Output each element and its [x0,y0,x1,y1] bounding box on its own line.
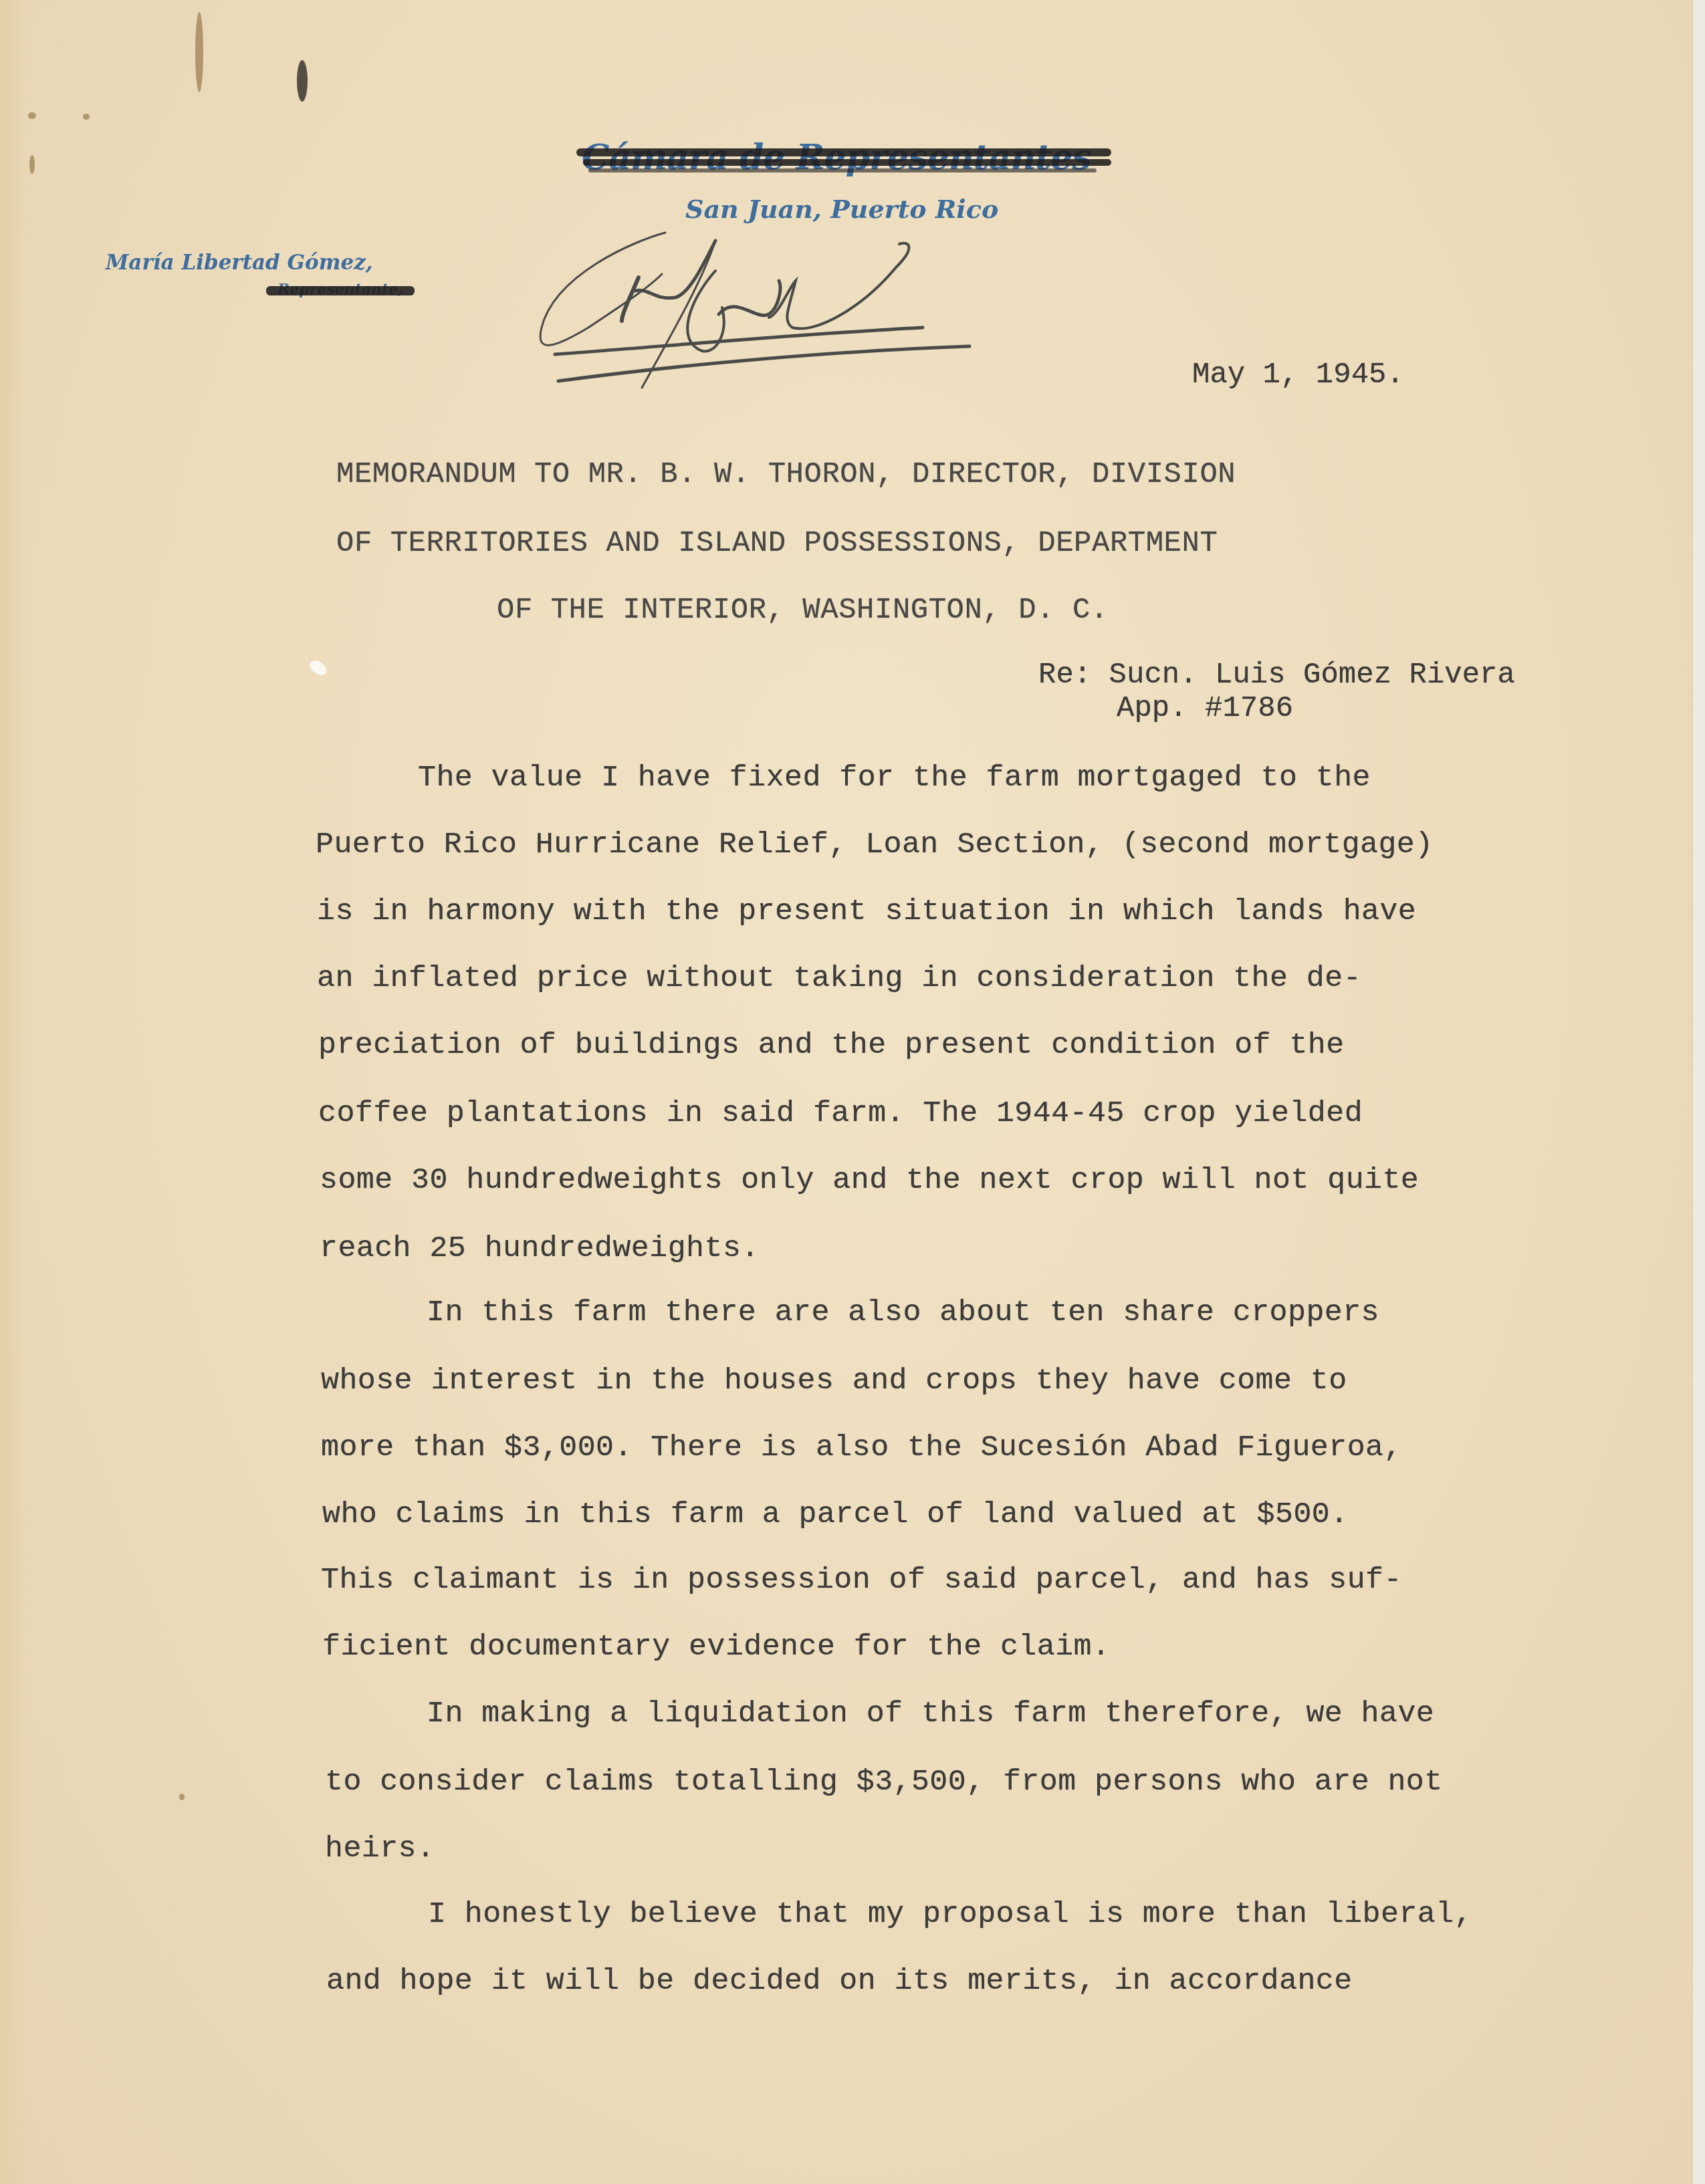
body-line: heirs. [325,1832,435,1866]
rust-stain [195,12,203,92]
rust-spot [28,112,36,119]
body-line: I honestly believe that my proposal is m… [428,1897,1472,1931]
letterhead-city: San Juan, Puerto Rico [685,194,998,224]
memo-heading-line: OF TERRITORIES AND ISLAND POSSESSIONS, D… [336,527,1218,560]
paper-edge-right [1692,0,1705,2184]
body-line: more than $3,000. There is also the Suce… [321,1431,1402,1465]
strikeout-mark [583,159,1111,166]
body-line: Puerto Rico Hurricane Relief, Loan Secti… [316,828,1434,862]
body-line: is in harmony with the present situation… [317,894,1416,929]
body-line: This claimant is in possession of said p… [321,1563,1402,1597]
body-line: whose interest in the houses and crops t… [321,1364,1347,1398]
body-line: who claims in this farm a parcel of land… [322,1497,1349,1532]
letterhead-name: María Libertad Gómez, [106,251,373,275]
body-line: ficient documentary evidence for the cla… [322,1630,1110,1664]
body-line: and hope it will be decided on its merit… [326,1964,1353,1998]
body-line: coffee plantations in said farm. The 194… [318,1096,1363,1130]
reference-app-number: App. #1786 [1117,692,1293,725]
strikeout-mark [588,168,1097,172]
paper-edge-shadow [0,0,27,2184]
body-line: preciation of buildings and the present … [318,1028,1345,1062]
signature-icon [515,227,983,401]
body-line: some 30 hundredweights only and the next… [320,1163,1419,1197]
rust-spot [83,114,90,120]
body-line: an inflated price without taking in cons… [317,961,1361,995]
body-line: In this farm there are also about ten sh… [427,1296,1379,1330]
body-line: reach 25 hundredweights. [320,1231,760,1265]
paper-hole [307,658,329,679]
body-line: The value I have fixed for the farm mort… [418,761,1371,795]
ink-blot [297,60,308,102]
reference-subject: Re: Sucn. Luis Gómez Rivera [1038,658,1515,692]
letter-date: May 1, 1945. [1192,358,1404,392]
body-line: In making a liquidation of this farm the… [427,1697,1434,1731]
rust-spot [29,155,35,174]
body-line: to consider claims totalling $3,500, fro… [325,1765,1443,1799]
strikeout-mark [576,148,1111,156]
rust-spot [179,1794,185,1800]
document-page: Cámara de Representantes San Juan, Puert… [0,0,1705,2184]
memo-heading-line: MEMORANDUM TO MR. B. W. THORON, DIRECTOR… [336,458,1236,491]
memo-heading-line: OF THE INTERIOR, WASHINGTON, D. C. [497,594,1109,627]
strikeout-mark [266,286,415,295]
